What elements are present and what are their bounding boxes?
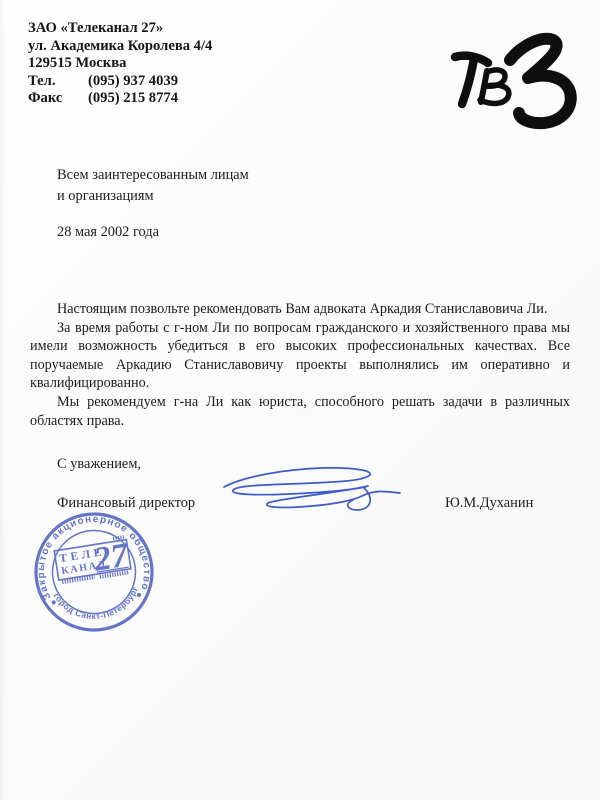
signature-stroke [224, 468, 400, 510]
letter-body: Настоящим позвольте рекомендовать Вам ад… [30, 300, 570, 430]
letterhead-address: ул. Академика Королева 4/4 [28, 38, 212, 56]
signature-ink [214, 459, 406, 519]
letterhead-city: 129515 Москва [28, 55, 212, 73]
body-paragraph-1: Настоящим позвольте рекомендовать Вам ад… [30, 300, 570, 319]
letterhead: ЗАО «Телеканал 27» ул. Академика Королев… [28, 20, 212, 108]
letterhead-fax-row: Факс(095) 215 8774 [28, 90, 212, 108]
body-paragraph-3: Мы рекомендуем г-на Ли как юриста, спосо… [30, 393, 570, 430]
fax-number: (095) 215 8774 [88, 90, 178, 106]
logo-letter-t-stem [462, 59, 474, 104]
phone-number: (095) 937 4039 [88, 73, 178, 89]
stamp-center-group: ТЕЛЕ КАНАЛ 27 [54, 536, 133, 584]
logo-letter-3 [510, 39, 571, 123]
phone-label: Тел. [28, 73, 88, 91]
recipient-block: Всем заинтересованным лицам и организаци… [57, 165, 249, 207]
signer-name: Ю.М.Духанин [445, 495, 533, 512]
recipient-line-1: Всем заинтересованным лицам [57, 165, 249, 186]
recipient-line-2: и организациям [57, 186, 249, 207]
letterhead-company: ЗАО «Телеканал 27» [28, 20, 212, 38]
fax-label: Факс [28, 90, 88, 108]
scanned-letter-page: ЗАО «Телеканал 27» ул. Академика Королев… [0, 0, 600, 800]
letterhead-phone-row: Тел.(095) 937 4039 [28, 73, 212, 91]
company-stamp: Закрытое акционерное общество город Санк… [25, 509, 163, 637]
scan-edge-shadow [0, 0, 6, 800]
body-paragraph-2: За время работы с г-ном Ли по вопросам г… [30, 319, 570, 393]
letter-date: 28 мая 2002 года [57, 224, 159, 241]
tv3-logo [448, 26, 585, 136]
closing-salutation: С уважением, [57, 456, 141, 473]
stamp-body: Закрытое акционерное общество город Санк… [31, 509, 157, 635]
tv3-logo-strokes [455, 39, 571, 123]
